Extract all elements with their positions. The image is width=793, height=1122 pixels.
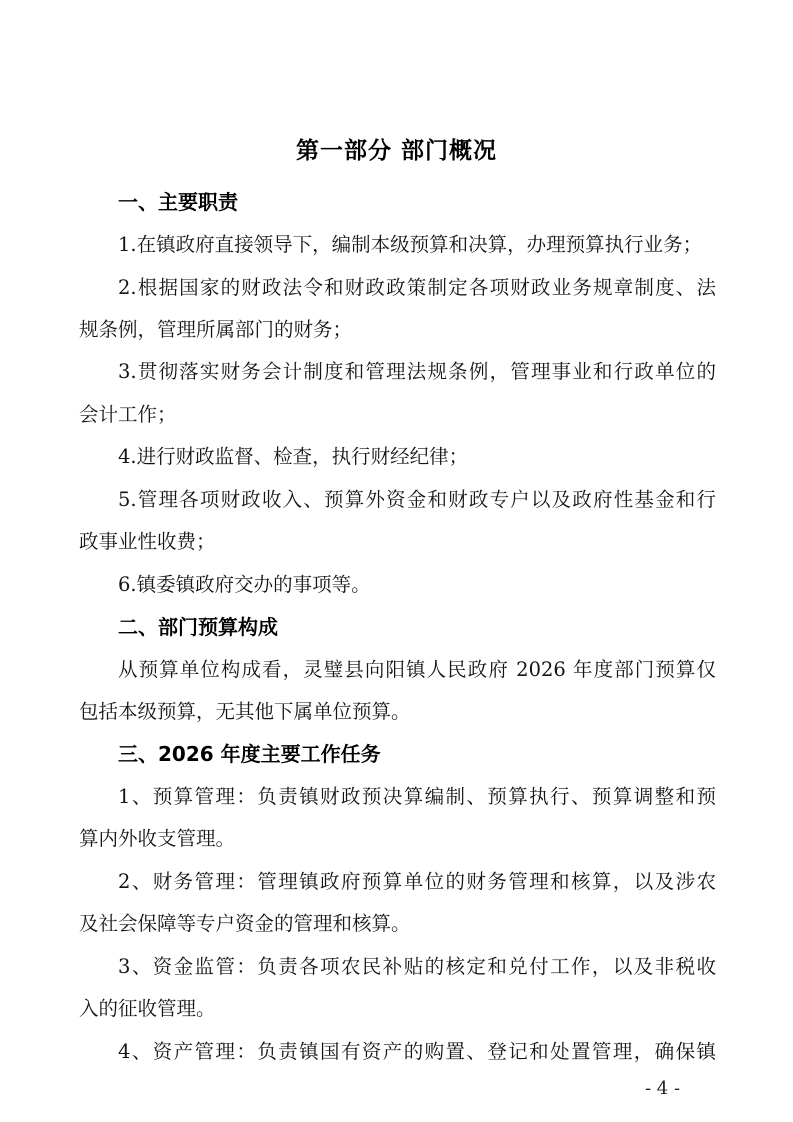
paragraph-line: 从预算单位构成看，灵璧县向阳镇人民政府 2026 年度部门预算仅 [118, 658, 716, 682]
paragraph-line: 2.根据国家的财政法令和财政政策制定各项财政业务规章制度、法 [118, 276, 716, 300]
document-page: 第一部分 部门概况 一、主要职责 1.在镇政府直接领导下，编制本级预算和决算，办… [0, 0, 793, 1122]
paragraph-line: 包括本级预算，无其他下属单位预算。 [79, 700, 411, 724]
section-heading-work-tasks: 三、2026 年度主要工作任务 [118, 742, 381, 766]
paragraph-line: 及社会保障等专户资金的管理和核算。 [79, 912, 411, 936]
section-heading-budget-composition: 二、部门预算构成 [118, 615, 278, 639]
paragraph-line: 3、资金监管：负责各项农民补贴的核定和兑付工作，以及非税收 [118, 955, 716, 979]
page-title: 第一部分 部门概况 [0, 132, 793, 165]
paragraph-line: 1.在镇政府直接领导下，编制本级预算和决算，办理预算执行业务； [118, 233, 702, 257]
paragraph-line: 5.管理各项财政收入、预算外资金和财政专户以及政府性基金和行 [118, 488, 716, 512]
paragraph-line: 政事业性收费； [79, 530, 216, 554]
paragraph-line: 3.贯彻落实财务会计制度和管理法规条例，管理事业和行政单位的 [118, 360, 716, 384]
paragraph-line: 6.镇委镇政府交办的事项等。 [118, 573, 371, 597]
paragraph-line: 1、预算管理：负责镇财政预决算编制、预算执行、预算调整和预 [118, 785, 716, 809]
paragraph-line: 会计工作； [79, 403, 177, 427]
section-heading-main-duties: 一、主要职责 [118, 190, 238, 214]
page-number: - 4 - [645, 1078, 680, 1099]
paragraph-line: 入的征收管理。 [79, 997, 216, 1021]
paragraph-line: 规条例，管理所属部门的财务； [79, 318, 352, 342]
paragraph-line: 2、财务管理：管理镇政府预算单位的财务管理和核算，以及涉农 [118, 870, 716, 894]
paragraph-line: 算内外收支管理。 [79, 827, 235, 851]
paragraph-line: 4、资产管理：负责镇国有资产的购置、登记和处置管理，确保镇 [118, 1040, 716, 1064]
paragraph-line: 4.进行财政监督、检查，执行财经纪律； [118, 445, 468, 469]
